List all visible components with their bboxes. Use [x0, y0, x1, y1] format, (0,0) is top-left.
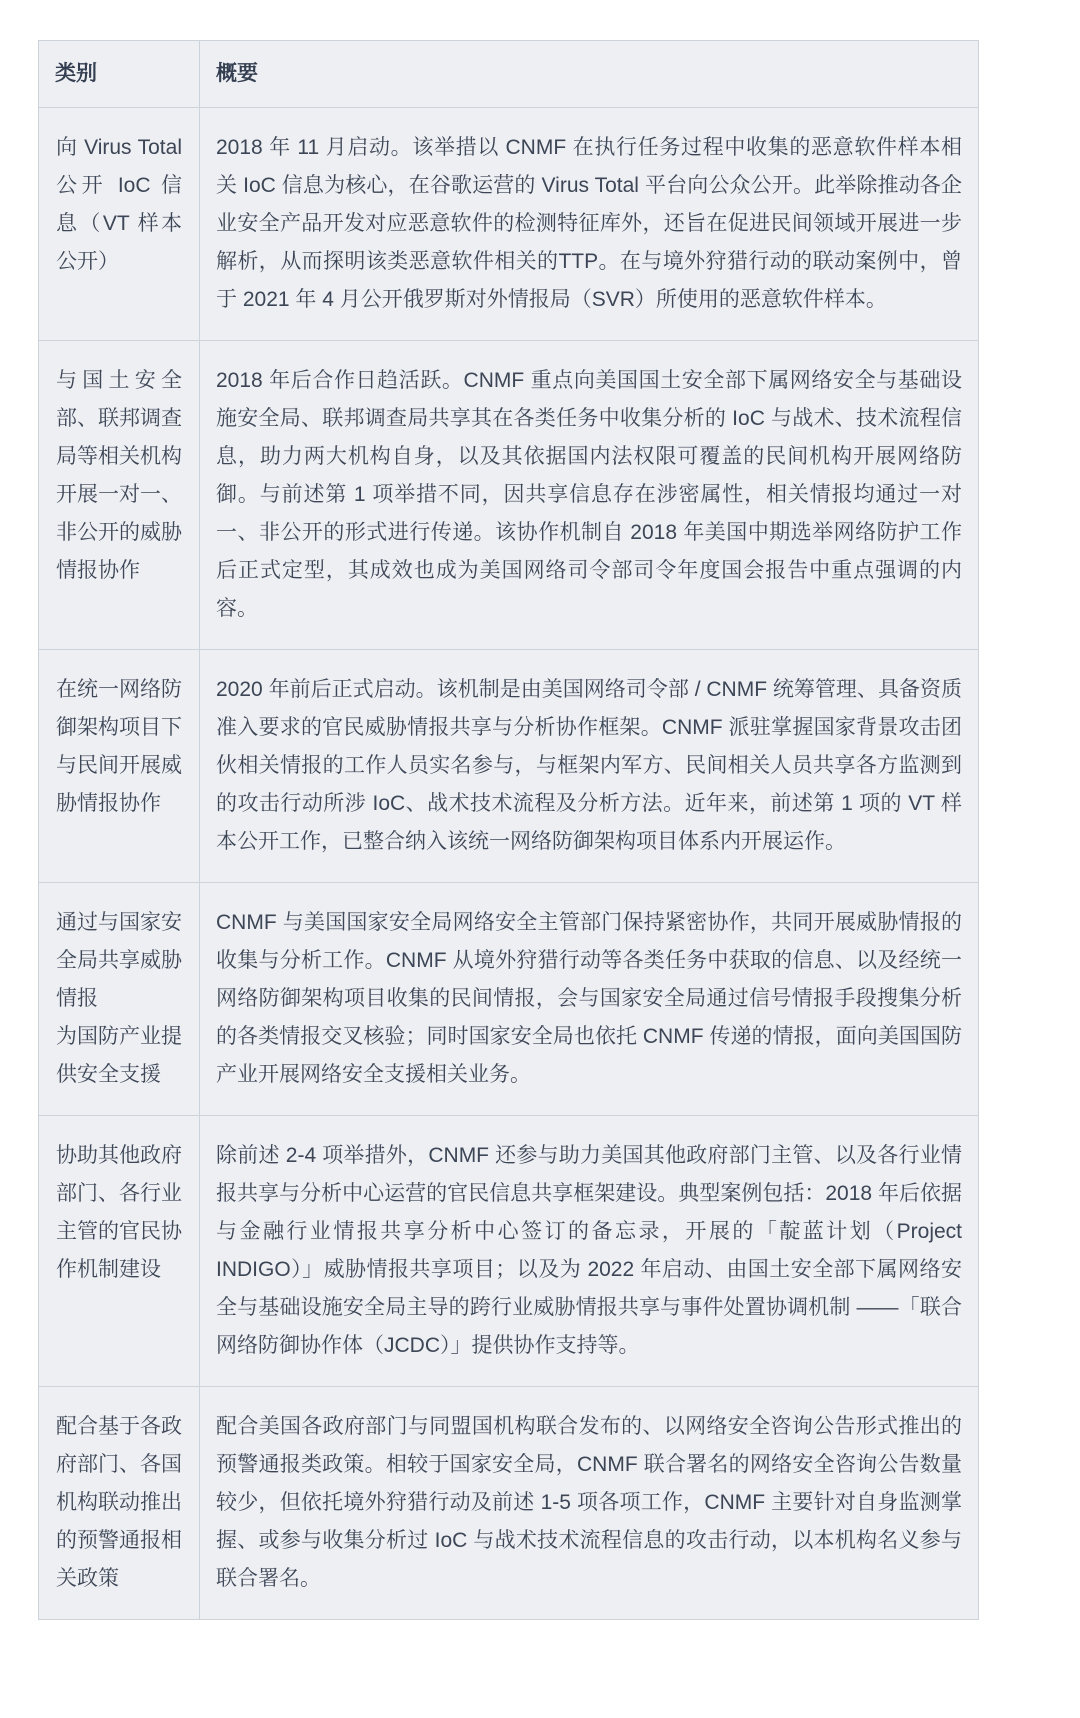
table-row: 与国土安全部、联邦调查局等相关机构开展一对一、非公开的威胁情报协作 2018 年…	[39, 341, 979, 650]
summary-cell: 配合美国各政府部门与同盟国机构联合发布的、以网络安全咨询公告形式推出的预警通报类…	[200, 1387, 979, 1620]
category-cell: 配合基于各政府部门、各国机构联动推出的预警通报相关政策	[39, 1387, 200, 1620]
table-header: 类别 概要	[39, 41, 979, 108]
summary-cell: 2020 年前后正式启动。该机制是由美国网络司令部 / CNMF 统筹管理、具备…	[200, 650, 979, 883]
category-cell: 与国土安全部、联邦调查局等相关机构开展一对一、非公开的威胁情报协作	[39, 341, 200, 650]
column-header-category: 类别	[39, 41, 200, 108]
table-row: 通过与国家安全局共享威胁情报 为国防产业提供安全支援 CNMF 与美国国家安全局…	[39, 883, 979, 1116]
header-row: 类别 概要	[39, 41, 979, 108]
category-cell: 向 Virus Total 公开 IoC 信息（VT 样本公开）	[39, 108, 200, 341]
document-body: 类别 概要 向 Virus Total 公开 IoC 信息（VT 样本公开） 2…	[0, 0, 1080, 1630]
summary-cell: 除前述 2-4 项举措外，CNMF 还参与助力美国其他政府部门主管、以及各行业情…	[200, 1116, 979, 1387]
cooperation-measures-table: 类别 概要 向 Virus Total 公开 IoC 信息（VT 样本公开） 2…	[38, 40, 979, 1620]
table-row: 在统一网络防御架构项目下与民间开展威胁情报协作 2020 年前后正式启动。该机制…	[39, 650, 979, 883]
column-header-summary: 概要	[200, 41, 979, 108]
summary-cell: 2018 年后合作日趋活跃。CNMF 重点向美国国土安全部下属网络安全与基础设施…	[200, 341, 979, 650]
table-row: 配合基于各政府部门、各国机构联动推出的预警通报相关政策 配合美国各政府部门与同盟…	[39, 1387, 979, 1620]
table-body: 向 Virus Total 公开 IoC 信息（VT 样本公开） 2018 年 …	[39, 108, 979, 1620]
category-cell: 在统一网络防御架构项目下与民间开展威胁情报协作	[39, 650, 200, 883]
category-cell: 通过与国家安全局共享威胁情报 为国防产业提供安全支援	[39, 883, 200, 1116]
category-cell: 协助其他政府部门、各行业主管的官民协作机制建设	[39, 1116, 200, 1387]
table-row: 向 Virus Total 公开 IoC 信息（VT 样本公开） 2018 年 …	[39, 108, 979, 341]
summary-cell: 2018 年 11 月启动。该举措以 CNMF 在执行任务过程中收集的恶意软件样…	[200, 108, 979, 341]
table-row: 协助其他政府部门、各行业主管的官民协作机制建设 除前述 2-4 项举措外，CNM…	[39, 1116, 979, 1387]
summary-cell: CNMF 与美国国家安全局网络安全主管部门保持紧密协作，共同开展威胁情报的收集与…	[200, 883, 979, 1116]
